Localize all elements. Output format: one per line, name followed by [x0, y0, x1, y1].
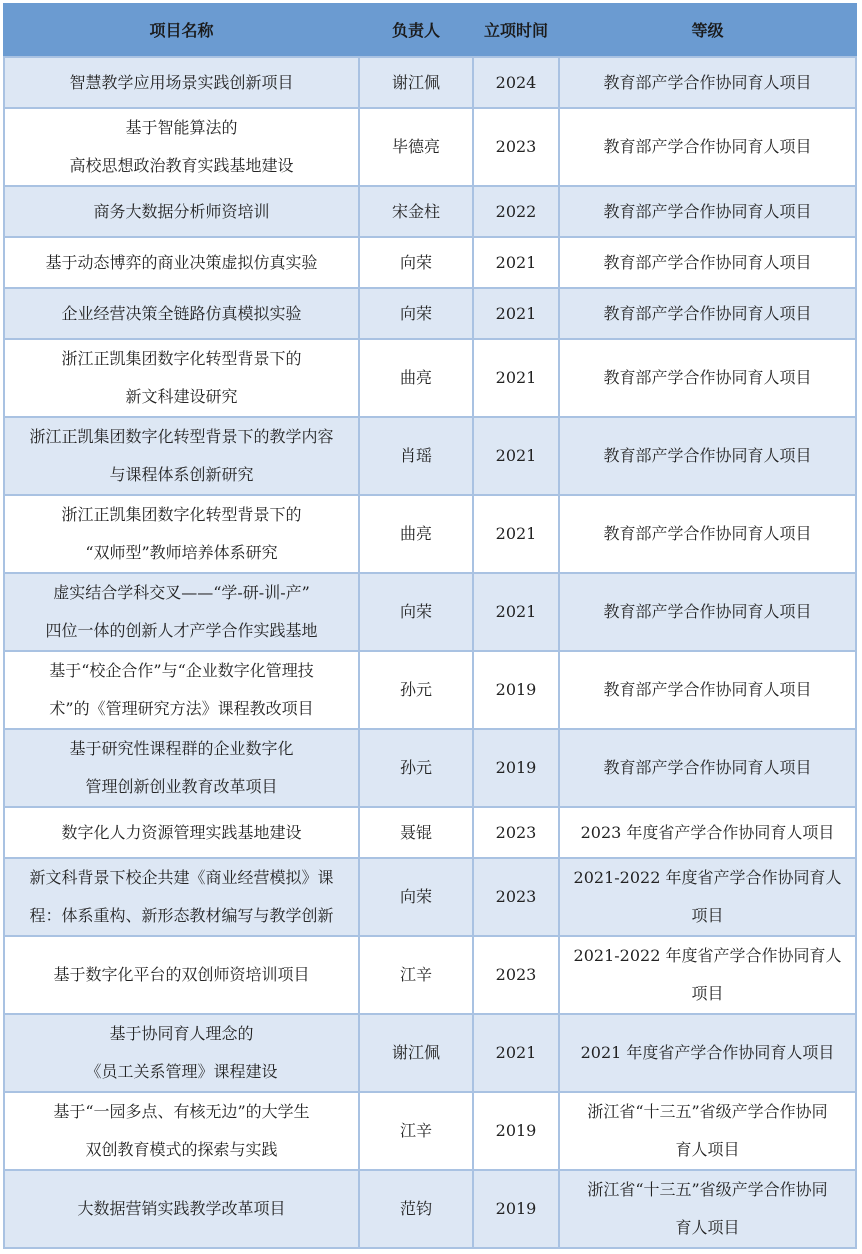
project-name-cell: 浙江正凯集团数字化转型背景下的教学内容 与课程体系创新研究 — [4, 417, 359, 495]
table-row: 基于智能算法的 高校思想政治教育实践基地建设毕德亮2023教育部产学合作协同育人… — [4, 108, 856, 186]
project-name-cell: 基于“校企合作”与“企业数字化管理技 术”的《管理研究方法》课程教改项目 — [4, 651, 359, 729]
leader-cell: 向荣 — [359, 573, 473, 651]
leader-cell: 谢江佩 — [359, 1014, 473, 1092]
header-leader: 负责人 — [359, 4, 473, 57]
project-name-cell: 新文科背景下校企共建《商业经营模拟》课 程：体系重构、新形态教材编写与教学创新 — [4, 858, 359, 936]
leader-cell: 谢江佩 — [359, 57, 473, 108]
leader-cell: 孙元 — [359, 651, 473, 729]
leader-cell: 肖瑶 — [359, 417, 473, 495]
leader-cell: 曲亮 — [359, 495, 473, 573]
year-cell: 2021 — [473, 237, 559, 288]
year-cell: 2019 — [473, 651, 559, 729]
level-cell: 2021 年度省产学合作协同育人项目 — [559, 1014, 856, 1092]
table-row: 基于“校企合作”与“企业数字化管理技 术”的《管理研究方法》课程教改项目孙元20… — [4, 651, 856, 729]
level-cell: 教育部产学合作协同育人项目 — [559, 288, 856, 339]
level-cell: 2023 年度省产学合作协同育人项目 — [559, 807, 856, 858]
level-cell: 教育部产学合作协同育人项目 — [559, 495, 856, 573]
project-name-cell: 基于研究性课程群的企业数字化 管理创新创业教育改革项目 — [4, 729, 359, 807]
leader-cell: 江辛 — [359, 936, 473, 1014]
table-row: 基于研究性课程群的企业数字化 管理创新创业教育改革项目孙元2019教育部产学合作… — [4, 729, 856, 807]
year-cell: 2021 — [473, 573, 559, 651]
year-cell: 2023 — [473, 807, 559, 858]
year-cell: 2021 — [473, 1014, 559, 1092]
project-name-cell: 基于“一园多点、有核无边”的大学生 双创教育模式的探索与实践 — [4, 1092, 359, 1170]
level-cell: 教育部产学合作协同育人项目 — [559, 339, 856, 417]
leader-cell: 向荣 — [359, 288, 473, 339]
leader-cell: 江辛 — [359, 1092, 473, 1170]
project-name-cell: 基于动态博弈的商业决策虚拟仿真实验 — [4, 237, 359, 288]
table-row: 基于协同育人理念的 《员工关系管理》课程建设谢江佩20212021 年度省产学合… — [4, 1014, 856, 1092]
leader-cell: 曲亮 — [359, 339, 473, 417]
project-name-cell: 大数据营销实践教学改革项目 — [4, 1170, 359, 1248]
year-cell: 2023 — [473, 858, 559, 936]
level-cell: 2021-2022 年度省产学合作协同育人 项目 — [559, 858, 856, 936]
level-cell: 教育部产学合作协同育人项目 — [559, 573, 856, 651]
leader-cell: 毕德亮 — [359, 108, 473, 186]
leader-cell: 宋金柱 — [359, 186, 473, 237]
project-name-cell: 数字化人力资源管理实践基地建设 — [4, 807, 359, 858]
project-table: 项目名称 负责人 立项时间 等级 智慧教学应用场景实践创新项目谢江佩2024教育… — [3, 3, 857, 1249]
level-cell: 浙江省“十三五”省级产学合作协同 育人项目 — [559, 1092, 856, 1170]
level-cell: 教育部产学合作协同育人项目 — [559, 237, 856, 288]
project-name-cell: 智慧教学应用场景实践创新项目 — [4, 57, 359, 108]
project-name-cell: 商务大数据分析师资培训 — [4, 186, 359, 237]
header-row: 项目名称 负责人 立项时间 等级 — [4, 4, 856, 57]
year-cell: 2022 — [473, 186, 559, 237]
leader-cell: 向荣 — [359, 858, 473, 936]
table-body: 智慧教学应用场景实践创新项目谢江佩2024教育部产学合作协同育人项目基于智能算法… — [4, 57, 856, 1248]
year-cell: 2019 — [473, 1170, 559, 1248]
leader-cell: 向荣 — [359, 237, 473, 288]
header-project-name: 项目名称 — [4, 4, 359, 57]
table-row: 大数据营销实践教学改革项目范钧2019浙江省“十三五”省级产学合作协同 育人项目 — [4, 1170, 856, 1248]
leader-cell: 聂锟 — [359, 807, 473, 858]
table-row: 基于动态博弈的商业决策虚拟仿真实验向荣2021教育部产学合作协同育人项目 — [4, 237, 856, 288]
header-level: 等级 — [559, 4, 856, 57]
year-cell: 2021 — [473, 495, 559, 573]
year-cell: 2019 — [473, 729, 559, 807]
year-cell: 2023 — [473, 936, 559, 1014]
project-name-cell: 浙江正凯集团数字化转型背景下的 新文科建设研究 — [4, 339, 359, 417]
table-row: 智慧教学应用场景实践创新项目谢江佩2024教育部产学合作协同育人项目 — [4, 57, 856, 108]
project-name-cell: 浙江正凯集团数字化转型背景下的 “双师型”教师培养体系研究 — [4, 495, 359, 573]
year-cell: 2021 — [473, 339, 559, 417]
table-row: 基于“一园多点、有核无边”的大学生 双创教育模式的探索与实践江辛2019浙江省“… — [4, 1092, 856, 1170]
table-row: 浙江正凯集团数字化转型背景下的 新文科建设研究曲亮2021教育部产学合作协同育人… — [4, 339, 856, 417]
level-cell: 2021-2022 年度省产学合作协同育人 项目 — [559, 936, 856, 1014]
level-cell: 教育部产学合作协同育人项目 — [559, 57, 856, 108]
level-cell: 教育部产学合作协同育人项目 — [559, 651, 856, 729]
project-name-cell: 企业经营决策全链路仿真模拟实验 — [4, 288, 359, 339]
year-cell: 2024 — [473, 57, 559, 108]
year-cell: 2019 — [473, 1092, 559, 1170]
year-cell: 2023 — [473, 108, 559, 186]
level-cell: 教育部产学合作协同育人项目 — [559, 108, 856, 186]
year-cell: 2021 — [473, 288, 559, 339]
level-cell: 浙江省“十三五”省级产学合作协同 育人项目 — [559, 1170, 856, 1248]
table-row: 基于数字化平台的双创师资培训项目江辛20232021-2022 年度省产学合作协… — [4, 936, 856, 1014]
project-name-cell: 虚实结合学科交叉——“学-研-训-产” 四位一体的创新人才产学合作实践基地 — [4, 573, 359, 651]
project-name-cell: 基于智能算法的 高校思想政治教育实践基地建设 — [4, 108, 359, 186]
year-cell: 2021 — [473, 417, 559, 495]
level-cell: 教育部产学合作协同育人项目 — [559, 729, 856, 807]
table-row: 数字化人力资源管理实践基地建设聂锟20232023 年度省产学合作协同育人项目 — [4, 807, 856, 858]
level-cell: 教育部产学合作协同育人项目 — [559, 186, 856, 237]
table-row: 浙江正凯集团数字化转型背景下的 “双师型”教师培养体系研究曲亮2021教育部产学… — [4, 495, 856, 573]
table-row: 商务大数据分析师资培训宋金柱2022教育部产学合作协同育人项目 — [4, 186, 856, 237]
project-name-cell: 基于数字化平台的双创师资培训项目 — [4, 936, 359, 1014]
table-row: 新文科背景下校企共建《商业经营模拟》课 程：体系重构、新形态教材编写与教学创新向… — [4, 858, 856, 936]
level-cell: 教育部产学合作协同育人项目 — [559, 417, 856, 495]
table-row: 企业经营决策全链路仿真模拟实验向荣2021教育部产学合作协同育人项目 — [4, 288, 856, 339]
header-year: 立项时间 — [473, 4, 559, 57]
leader-cell: 范钧 — [359, 1170, 473, 1248]
project-name-cell: 基于协同育人理念的 《员工关系管理》课程建设 — [4, 1014, 359, 1092]
table-row: 浙江正凯集团数字化转型背景下的教学内容 与课程体系创新研究肖瑶2021教育部产学… — [4, 417, 856, 495]
leader-cell: 孙元 — [359, 729, 473, 807]
table-row: 虚实结合学科交叉——“学-研-训-产” 四位一体的创新人才产学合作实践基地向荣2… — [4, 573, 856, 651]
